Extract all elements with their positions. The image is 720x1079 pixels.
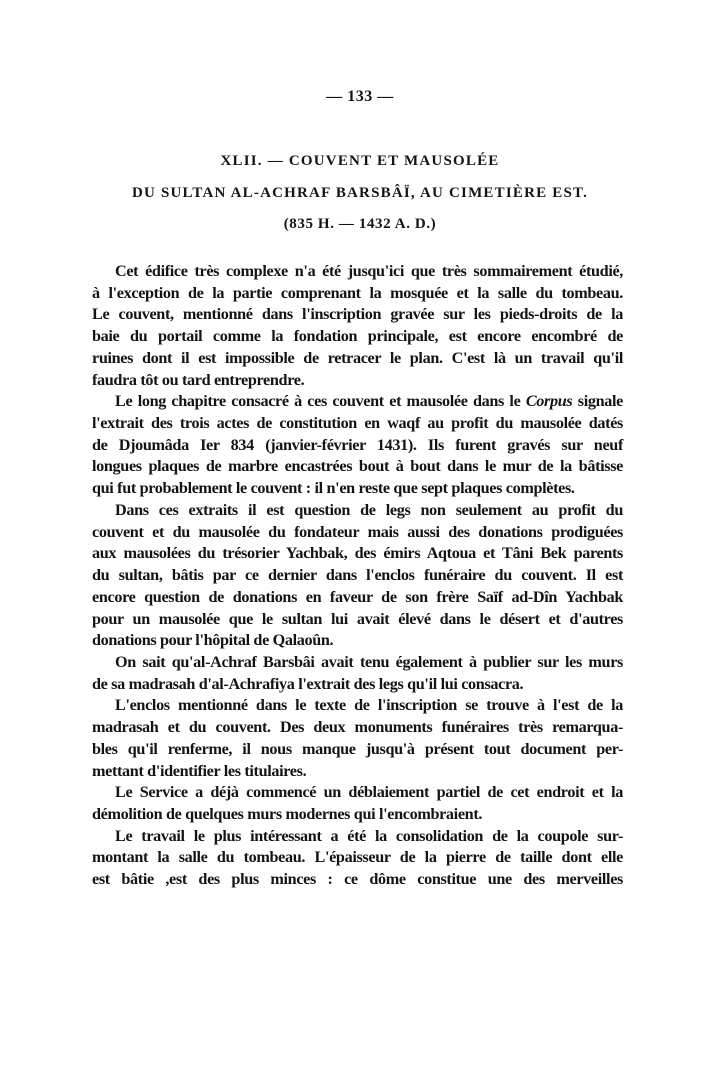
page-number: — 133 — (0, 88, 720, 106)
text-fragment: Le long chapitre consacré à ces couvent … (115, 392, 520, 410)
text-line: baie du portail comme la fondation princ… (92, 326, 623, 348)
text-line: démolition de quelques murs modernes qui… (92, 804, 623, 826)
text-line: montant la salle du tombeau. L'épaisseur… (92, 847, 623, 869)
text-line: du sultan, bâtis par ce dernier dans l'e… (92, 565, 623, 587)
section-date: (835 H. — 1432 A. D.) (0, 216, 720, 233)
text-line: L'enclos mentionné dans le texte de l'in… (92, 695, 623, 717)
body-text: Cet édifice très complexe n'a été jusqu'… (92, 261, 623, 891)
italic-title-corpus: Corpus (526, 392, 573, 410)
text-line: encore question de donations en faveur d… (92, 587, 623, 609)
text-line: Le couvent, mentionné dans l'inscription… (92, 304, 623, 326)
text-line: Dans ces extraits il est question de leg… (92, 500, 623, 522)
text-line: de sa madrasah d'al-Achrafiya l'extrait … (92, 674, 623, 696)
book-page: — 133 — XLII. — COUVENT ET MAUSOLÉE DU S… (0, 0, 720, 1079)
text-line: pour un mausolée que le sultan lui avait… (92, 609, 623, 631)
text-line: est bâtie ,est des plus minces : ce dôme… (92, 869, 623, 891)
text-line: On sait qu'al-Achraf Barsbâi avait tenu … (92, 652, 623, 674)
text-line: aux mausolées du trésorier Yachbak, des … (92, 543, 623, 565)
text-line: de Djoumâda Ier 834 (janvier-février 143… (92, 435, 623, 457)
text-line: qui fut probablement le couvent : il n'e… (92, 478, 623, 500)
section-title: XLII. — COUVENT ET MAUSOLÉE (0, 153, 720, 170)
text-fragment: signale (578, 392, 623, 410)
text-line: couvent et du mausolée du fondateur mais… (92, 522, 623, 544)
text-line: mettant d'identifier les titulaires. (92, 761, 623, 783)
text-line: à l'exception de la partie comprenant la… (92, 283, 623, 305)
text-line: bles qu'il renferme, il nous manque jusq… (92, 739, 623, 761)
text-line: faudra tôt ou tard entreprendre. (92, 370, 623, 392)
text-line: Le Service a déjà commencé un déblaiemen… (92, 782, 623, 804)
text-line: Cet édifice très complexe n'a été jusqu'… (92, 261, 623, 283)
text-line: ruines dont il est impossible de retrace… (92, 348, 623, 370)
text-line: longues plaques de marbre encastrées bou… (92, 456, 623, 478)
text-line: donations pour l'hôpital de Qalaoûn. (92, 630, 623, 652)
text-line: l'extrait des trois actes de constitutio… (92, 413, 623, 435)
text-line: Le travail le plus intéressant a été la … (92, 826, 623, 848)
text-line: Le long chapitre consacré à ces couvent … (92, 391, 623, 413)
section-subtitle: DU SULTAN AL-ACHRAF BARSBÂÏ, AU CIMETIÈR… (0, 185, 720, 202)
text-line: madrasah et du couvent. Des deux monumen… (92, 717, 623, 739)
